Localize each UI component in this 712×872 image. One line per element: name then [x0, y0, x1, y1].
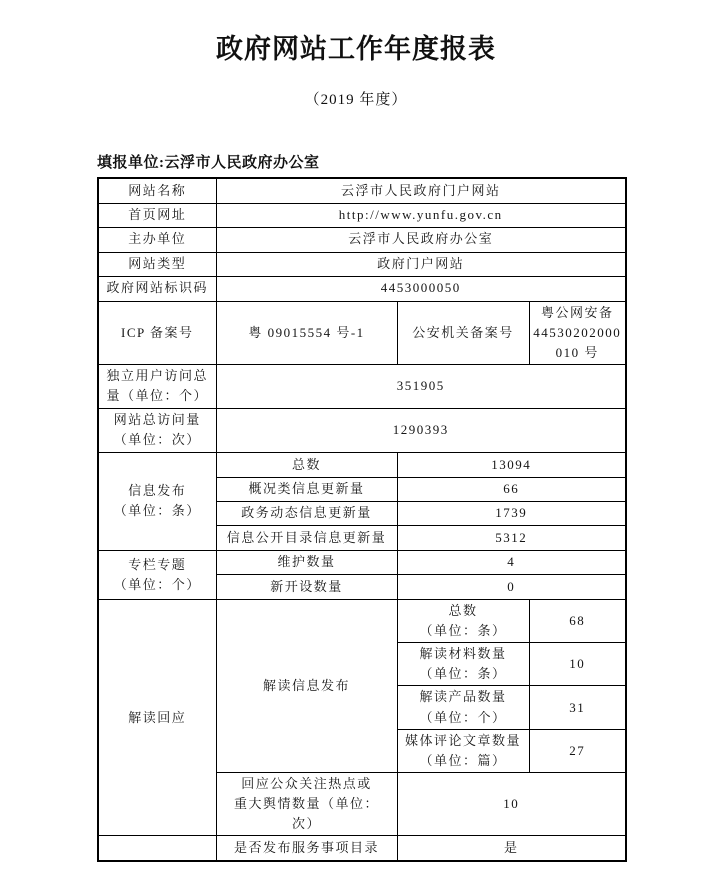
homepage-url-value: http://www.yunfu.gov.cn: [216, 203, 626, 227]
gov-news-updates-value: 1739: [397, 501, 626, 525]
icp-label: ICP 备案号: [98, 301, 216, 364]
service-catalog-value: 是: [397, 836, 626, 861]
total-visits-value: 1290393: [216, 408, 626, 452]
table-row: 专栏专题 （单位：个） 维护数量 4: [98, 550, 626, 574]
info-release-total-label: 总数: [216, 452, 397, 477]
site-id-code-label: 政府网站标识码: [98, 276, 216, 301]
host-unit-value: 云浮市人民政府办公室: [216, 227, 626, 252]
table-row: 政府网站标识码 4453000050: [98, 276, 626, 301]
annual-report-table: 网站名称 云浮市人民政府门户网站 首页网址 http://www.yunfu.g…: [97, 177, 627, 862]
document-page: { "page": { "title": "政府网站工作年度报表", "subt…: [0, 0, 712, 872]
total-visits-label: 网站总访问量 （单位：次）: [98, 408, 216, 452]
service-catalog-label: 是否发布服务事项目录: [216, 836, 397, 861]
site-type-label: 网站类型: [98, 252, 216, 276]
interpretation-materials-value: 10: [529, 643, 626, 686]
interpretation-products-value: 31: [529, 686, 626, 729]
overview-updates-value: 66: [397, 477, 626, 501]
table-row: 网站名称 云浮市人民政府门户网站: [98, 178, 626, 203]
table-row: 独立用户访问总 量（单位：个） 351905: [98, 364, 626, 408]
interpretation-total-value: 68: [529, 599, 626, 642]
unique-visitors-label: 独立用户访问总 量（单位：个）: [98, 364, 216, 408]
maintained-count-label: 维护数量: [216, 550, 397, 574]
info-release-group-label: 信息发布 （单位：条）: [98, 452, 216, 550]
public-response-label: 回应公众关注热点或 重大舆情数量（单位： 次）: [216, 773, 397, 836]
info-release-total-value: 13094: [397, 452, 626, 477]
unique-visitors-value: 351905: [216, 364, 626, 408]
gov-news-updates-label: 政务动态信息更新量: [216, 501, 397, 525]
site-name-value: 云浮市人民政府门户网站: [216, 178, 626, 203]
table-row: 解读回应 解读信息发布 总数 （单位：条） 68: [98, 599, 626, 642]
page-subtitle: （2019 年度）: [0, 66, 712, 109]
interpretation-total-label: 总数 （单位：条）: [397, 599, 529, 642]
newly-opened-count-label: 新开设数量: [216, 574, 397, 599]
media-comment-articles-label: 媒体评论文章数量 （单位：篇）: [397, 729, 529, 772]
special-columns-group-label: 专栏专题 （单位：个）: [98, 550, 216, 599]
newly-opened-count-value: 0: [397, 574, 626, 599]
homepage-url-label: 首页网址: [98, 203, 216, 227]
table-row: 是否发布服务事项目录 是: [98, 836, 626, 861]
open-catalog-updates-label: 信息公开目录信息更新量: [216, 525, 397, 550]
table-row: 网站总访问量 （单位：次） 1290393: [98, 408, 626, 452]
table-row: 主办单位 云浮市人民政府办公室: [98, 227, 626, 252]
table-row: 网站类型 政府门户网站: [98, 252, 626, 276]
media-comment-articles-value: 27: [529, 729, 626, 772]
interpretation-group-label: 解读回应: [98, 599, 216, 836]
table-row: 首页网址 http://www.yunfu.gov.cn: [98, 203, 626, 227]
police-record-label: 公安机关备案号: [397, 301, 529, 364]
police-record-value: 粤公网安备 44530202000 010 号: [529, 301, 626, 364]
host-unit-label: 主办单位: [98, 227, 216, 252]
table-row: ICP 备案号 粤 09015554 号-1 公安机关备案号 粤公网安备 445…: [98, 301, 626, 364]
empty-cell: [98, 836, 216, 861]
interpretation-materials-label: 解读材料数量 （单位：条）: [397, 643, 529, 686]
table-row: 信息发布 （单位：条） 总数 13094: [98, 452, 626, 477]
site-type-value: 政府门户网站: [216, 252, 626, 276]
interpretation-release-label: 解读信息发布: [216, 599, 397, 772]
icp-value: 粤 09015554 号-1: [216, 301, 397, 364]
interpretation-products-label: 解读产品数量 （单位：个）: [397, 686, 529, 729]
reporting-unit: 填报单位:云浮市人民政府办公室: [97, 151, 712, 172]
page-title: 政府网站工作年度报表: [0, 0, 712, 66]
overview-updates-label: 概况类信息更新量: [216, 477, 397, 501]
open-catalog-updates-value: 5312: [397, 525, 626, 550]
public-response-value: 10: [397, 773, 626, 836]
site-id-code-value: 4453000050: [216, 276, 626, 301]
maintained-count-value: 4: [397, 550, 626, 574]
site-name-label: 网站名称: [98, 178, 216, 203]
